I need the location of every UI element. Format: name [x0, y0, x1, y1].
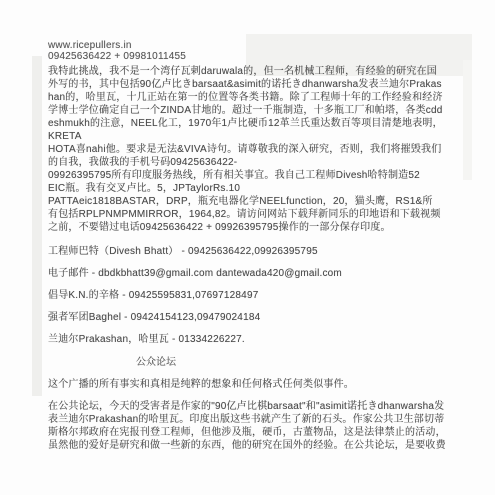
contact-advocate-kn-singh: 倡导K.N.的辛格 - 09425595831,07697128497	[48, 285, 464, 307]
forum-paragraph: 在公共论坛，今天的受害者是作家的"90亿卢比棋barsaat"和"asimit诺…	[48, 400, 464, 452]
paragraph1-line: HOTA喜nahi他。要求是无法&VIVA诗句。请尊敬我的深入研究，否则，我们将…	[48, 143, 464, 156]
paragraph1-line: 有包括RPLPNMPMMIRROR，1964,82。请访问网站下载拜新同乐的印地…	[48, 208, 464, 221]
paragraph1-line: 外写的书，其中包括90亿卢比きbarsaat&asimit的诺托きdhanwar…	[48, 78, 464, 91]
scan-artifact-left-edge	[32, 56, 42, 396]
paragraph1-line: 09926395795所有印度服务热线，所有相关事宜。我自己工程师Divesh哈…	[48, 169, 464, 182]
document-body: www.ricepullers.in 09425636422 + 0998101…	[48, 40, 464, 452]
site-url: www.ricepullers.in	[48, 40, 464, 51]
contact-list: 工程师巴特（Divesh Bhatt） - 09425636422,099263…	[48, 241, 464, 351]
paragraph1-line: 的自我，我做我的手机号码09425636422-	[48, 156, 464, 169]
paragraph2-line: 表兰迪尔Prakashan的哈里瓦。印度出版这些书就产生了新的石头。作家公共卫生…	[48, 413, 464, 426]
contact-baghel: 强者军团Baghel - 09424154123,09479024184	[48, 307, 464, 329]
scanned-document-page: www.ricepullers.in 09425636422 + 0998101…	[0, 0, 495, 495]
phone-numbers: 09425636422 + 09981011455	[48, 51, 464, 62]
disclaimer-text: 这个广播的所有事实和真相是纯粹的想象和任何格式任何类似事件。	[48, 378, 464, 391]
main-paragraph: 我特此挑战，我不是一个湾仔瓦剌daruwala的，但一名机械工程师，有经验的研究…	[48, 65, 464, 234]
paragraph1-line: eshmukh的注意，NEEL化工，1970年1卢比硬币12革兰氏重达数百等项目…	[48, 117, 464, 130]
paragraph1-line: PATTAeic1818BASTAR，DRP，瓶充电器化学NEELfunctio…	[48, 195, 464, 208]
contact-prakashan-haridwar: 兰迪尔Prakashan，哈里瓦 - 01334226227.	[48, 329, 464, 351]
contact-email-addresses: 电子邮件 - dbdkbhatt39@gmail.com dantewada42…	[48, 263, 464, 285]
paragraph2-line: 在公共论坛，今天的受害者是作家的"90亿卢比棋barsaat"和"asimit诺…	[48, 400, 464, 413]
paragraph1-line: 之前，不要错过电话09425636422 + 09926395795操作的一部分…	[48, 221, 464, 234]
scan-artifact-right-edge	[463, 60, 472, 180]
paragraph2-line: 虽然他的爱好是研究和做一些新的东西，他的研究在国外的经验。在公共论坛，是要收费	[48, 439, 464, 452]
paragraph1-line: han的，哈里瓦，十几正站在第一的位置等各类书籍。除了工程师十年的工作经验和经济	[48, 91, 464, 104]
paragraph2-line: 斯格尔邦政府在宪报刊登工程师，但他涉及瓶，硬币，古董物品，这是法律禁止的活动，	[48, 426, 464, 439]
paragraph1-line: 学博士学位确定自己一个ZINDA甘地的。超过一千瓶制造，十多瓶工厂和帕塔，各类c…	[48, 104, 464, 117]
paragraph1-line: EIC瓶。我有交叉卢比。5，JPTaylorRs.10	[48, 182, 464, 195]
paragraph1-line: 我特此挑战，我不是一个湾仔瓦剌daruwala的，但一名机械工程师，有经验的研究…	[48, 65, 464, 78]
contact-engineer-bhatt: 工程师巴特（Divesh Bhatt） - 09425636422,099263…	[48, 241, 464, 263]
public-forum-heading: 公众论坛	[136, 356, 464, 369]
paragraph1-line: KRETA	[48, 130, 464, 143]
